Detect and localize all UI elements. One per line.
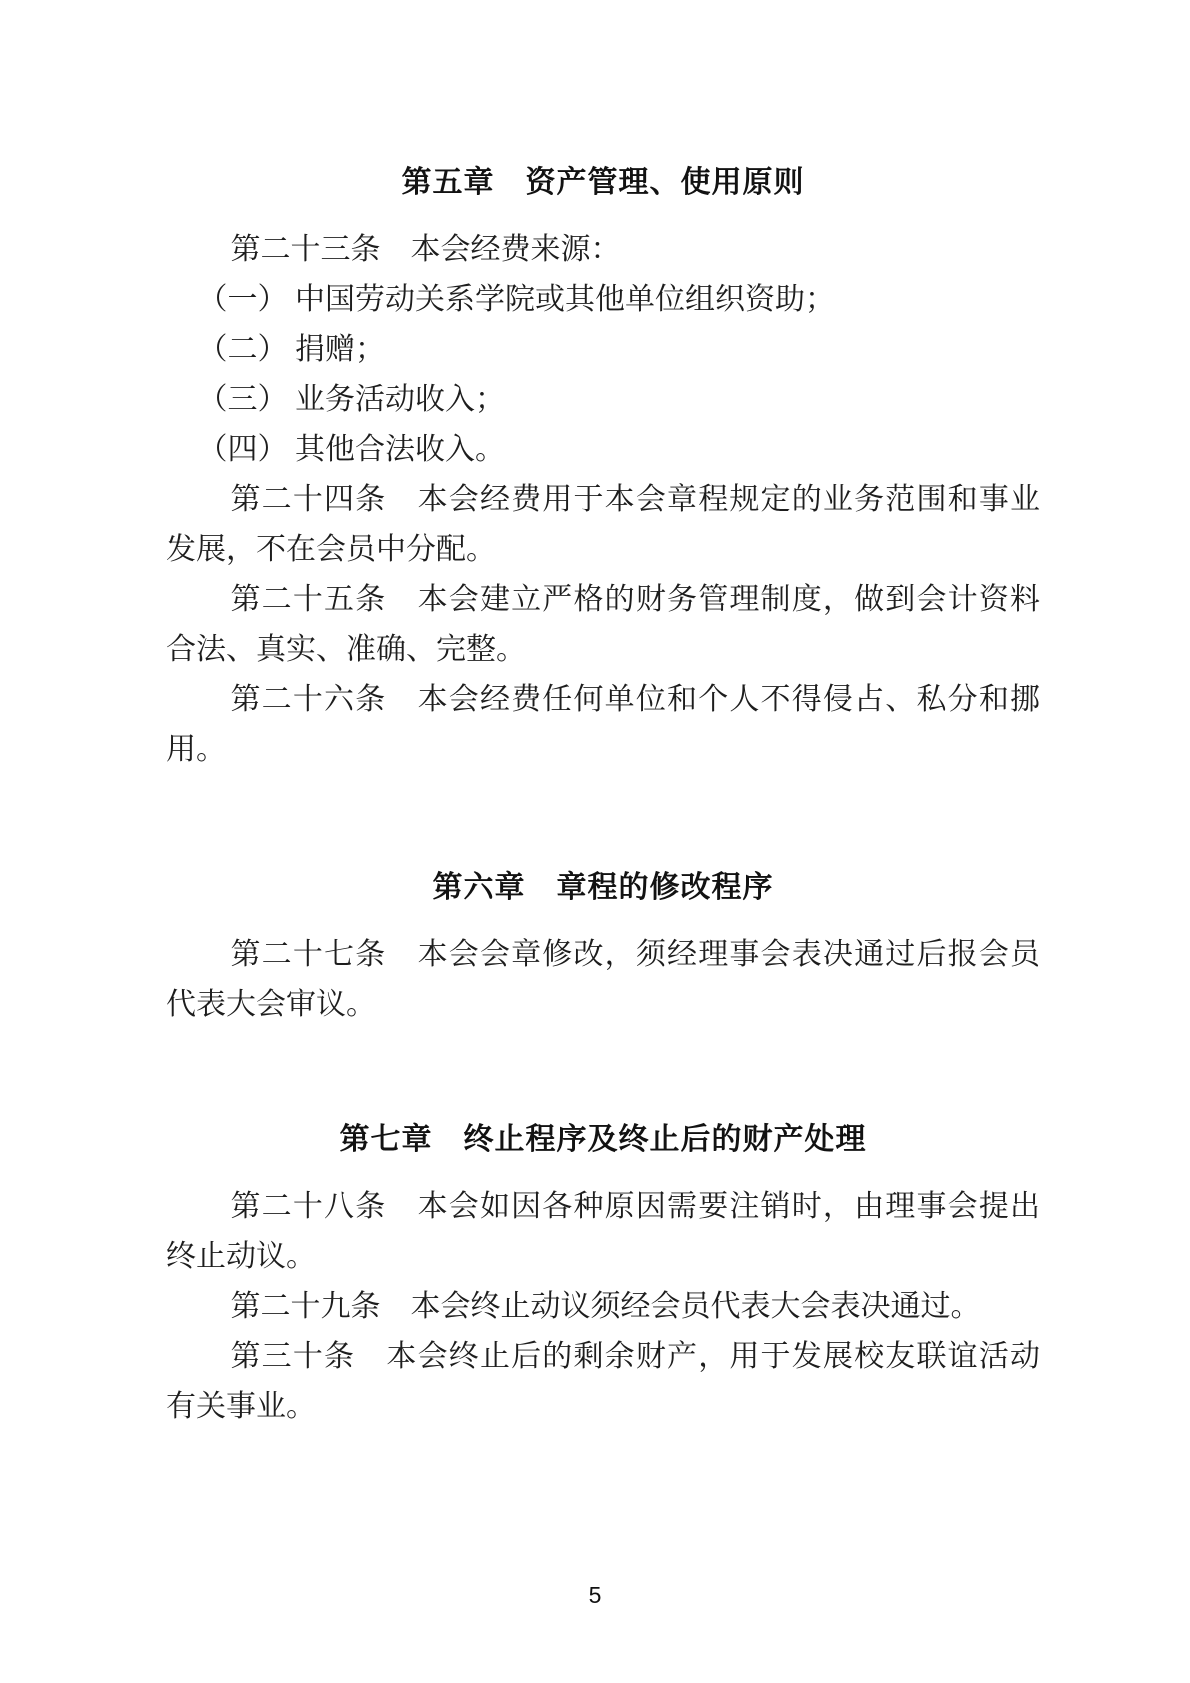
page-footer: 5 xyxy=(0,1580,1190,1610)
article-23-item-3: （三） 业务活动收入； xyxy=(166,375,1040,425)
chapter-7-heading: 第七章 终止程序及终止后的财产处理 xyxy=(166,1115,1040,1165)
chapter-7-section: 第七章 终止程序及终止后的财产处理 第二十八条 本会如因各种原因需要注销时，由理… xyxy=(166,1115,1040,1432)
article-23-item-2: （二） 捐赠； xyxy=(166,325,1040,375)
article-27: 第二十七条 本会会章修改，须经理事会表决通过后报会员代表大会审议。 xyxy=(166,930,1040,1030)
page-number: 5 xyxy=(589,1582,602,1608)
chapter-5-heading: 第五章 资产管理、使用原则 xyxy=(166,158,1040,208)
document-content: 第五章 资产管理、使用原则 第二十三条 本会经费来源： （一） 中国劳动关系学院… xyxy=(166,0,1040,1432)
chapter-5-section: 第五章 资产管理、使用原则 第二十三条 本会经费来源： （一） 中国劳动关系学院… xyxy=(166,158,1040,775)
article-23-item-4: （四） 其他合法收入。 xyxy=(166,425,1040,475)
article-23-item-1: （一） 中国劳动关系学院或其他单位组织资助； xyxy=(166,275,1040,325)
article-28: 第二十八条 本会如因各种原因需要注销时，由理事会提出终止动议。 xyxy=(166,1182,1040,1282)
article-29: 第二十九条 本会终止动议须经会员代表大会表决通过。 xyxy=(166,1282,1040,1332)
chapter-6-section: 第六章 章程的修改程序 第二十七条 本会会章修改，须经理事会表决通过后报会员代表… xyxy=(166,863,1040,1030)
chapter-6-heading: 第六章 章程的修改程序 xyxy=(166,863,1040,913)
document-page: 第五章 资产管理、使用原则 第二十三条 本会经费来源： （一） 中国劳动关系学院… xyxy=(0,0,1190,1683)
article-23: 第二十三条 本会经费来源： xyxy=(166,225,1040,275)
article-24: 第二十四条 本会经费用于本会章程规定的业务范围和事业发展，不在会员中分配。 xyxy=(166,475,1040,575)
article-26: 第二十六条 本会经费任何单位和个人不得侵占、私分和挪用。 xyxy=(166,675,1040,775)
article-30: 第三十条 本会终止后的剩余财产，用于发展校友联谊活动有关事业。 xyxy=(166,1332,1040,1432)
article-25: 第二十五条 本会建立严格的财务管理制度，做到会计资料合法、真实、准确、完整。 xyxy=(166,575,1040,675)
